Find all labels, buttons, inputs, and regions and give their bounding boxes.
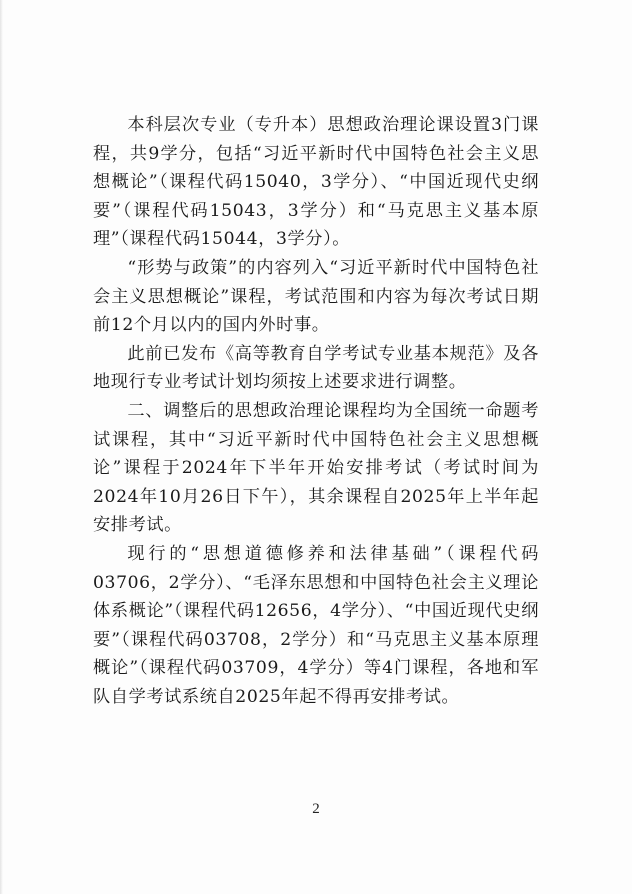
paragraph-course-setup: 本科层次专业（专升本）思想政治理论课设置3门课程，共9学分，包括“习近平新时代中… xyxy=(93,111,539,254)
paragraph-adjust-plans: 此前已发布《高等教育自学考试专业基本规范》及各地现行专业考试计划均须按上述要求进… xyxy=(93,340,539,397)
paragraph-discontinued-courses: 现行的“思想道德修养和法律基础”（课程代码03706，2学分）、“毛泽东思想和中… xyxy=(93,540,539,712)
paragraph-exam-schedule: 二、调整后的思想政治理论课程均为全国统一命题考试课程，其中“习近平新时代中国特色… xyxy=(93,397,539,540)
scan-edge xyxy=(0,0,3,894)
paragraph-situation-policy: “形势与政策”的内容列入“习近平新时代中国特色社会主义思想概论”课程，考试范围和… xyxy=(93,254,539,340)
document-page: 本科层次专业（专升本）思想政治理论课设置3门课程，共9学分，包括“习近平新时代中… xyxy=(0,0,632,894)
page-number: 2 xyxy=(0,801,632,818)
document-body: 本科层次专业（专升本）思想政治理论课设置3门课程，共9学分，包括“习近平新时代中… xyxy=(93,111,539,711)
